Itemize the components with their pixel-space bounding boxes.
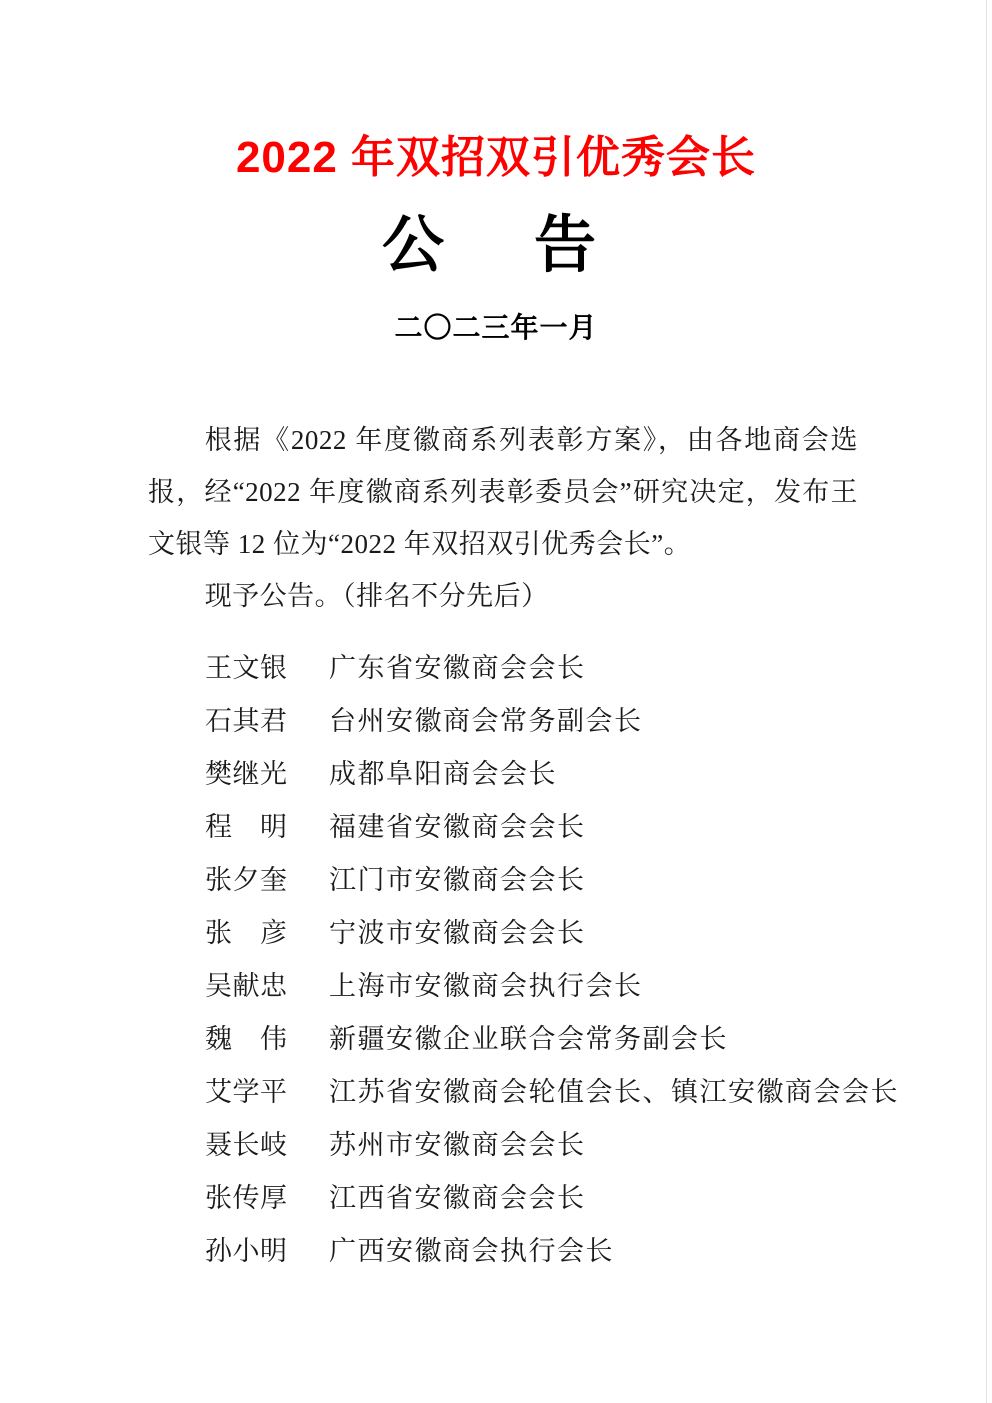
- notice-paragraph: 现予公告。（排名不分先后）: [148, 570, 858, 622]
- intro-paragraph: 根据《2022 年度徽商系列表彰方案》，由各地商会选报，经“2022 年度徽商系…: [148, 414, 858, 570]
- awardee-title: 上海市安徽商会执行会长: [329, 960, 643, 1013]
- awardee-list: 王文银广东省安徽商会会长 石其君台州安徽商会常务副会长 樊继光成都阜阳商会会长 …: [205, 642, 858, 1278]
- awardee-row: 石其君台州安徽商会常务副会长: [205, 695, 858, 748]
- awardee-name: 孙小明: [205, 1225, 287, 1278]
- awardee-row: 程 明福建省安徽商会会长: [205, 801, 858, 854]
- awardee-row: 张夕奎江门市安徽商会会长: [205, 854, 858, 907]
- awardee-title: 广东省安徽商会会长: [329, 642, 586, 695]
- awardee-name: 张传厚: [205, 1172, 287, 1225]
- awardee-name: 艾学平: [205, 1066, 287, 1119]
- awardee-row: 聂长岐苏州市安徽商会会长: [205, 1119, 858, 1172]
- awardee-row: 王文银广东省安徽商会会长: [205, 642, 858, 695]
- awardee-row: 樊继光成都阜阳商会会长: [205, 748, 858, 801]
- awardee-name: 程 明: [205, 801, 287, 854]
- document-main-title: 2022 年双招双引优秀会长: [0, 128, 992, 188]
- awardee-title: 江西省安徽商会会长: [329, 1172, 586, 1225]
- awardee-row: 张传厚江西省安徽商会会长: [205, 1172, 858, 1225]
- document-date: 二〇二三年一月: [0, 308, 992, 348]
- awardee-name: 王文银: [205, 642, 287, 695]
- awardee-title: 新疆安徽企业联合会常务副会长: [329, 1013, 728, 1066]
- awardee-title: 福建省安徽商会会长: [329, 801, 586, 854]
- awardee-name: 聂长岐: [205, 1119, 287, 1172]
- awardee-title: 广西安徽商会执行会长: [329, 1225, 614, 1278]
- awardee-name: 张夕奎: [205, 854, 287, 907]
- awardee-row: 艾学平江苏省安徽商会轮值会长、镇江安徽商会会长: [205, 1066, 858, 1119]
- awardee-title: 江门市安徽商会会长: [329, 854, 586, 907]
- awardee-title: 台州安徽商会常务副会长: [329, 695, 643, 748]
- awardee-name: 石其君: [205, 695, 287, 748]
- awardee-row: 张 彦宁波市安徽商会会长: [205, 907, 858, 960]
- announcement-heading: 公 告: [0, 202, 992, 290]
- awardee-title: 江苏省安徽商会轮值会长、镇江安徽商会会长: [329, 1066, 899, 1119]
- awardee-name: 樊继光: [205, 748, 287, 801]
- awardee-name: 魏 伟: [205, 1013, 287, 1066]
- document-body: 根据《2022 年度徽商系列表彰方案》，由各地商会选报，经“2022 年度徽商系…: [148, 414, 858, 1278]
- awardee-title: 成都阜阳商会会长: [329, 748, 557, 801]
- awardee-row: 吴献忠上海市安徽商会执行会长: [205, 960, 858, 1013]
- awardee-row: 魏 伟新疆安徽企业联合会常务副会长: [205, 1013, 858, 1066]
- awardee-title: 苏州市安徽商会会长: [329, 1119, 586, 1172]
- awardee-row: 孙小明广西安徽商会执行会长: [205, 1225, 858, 1278]
- page-edge-divider: [986, 0, 987, 1403]
- awardee-title: 宁波市安徽商会会长: [329, 907, 586, 960]
- awardee-name: 吴献忠: [205, 960, 287, 1013]
- document-page: 2022 年双招双引优秀会长 公 告 二〇二三年一月 根据《2022 年度徽商系…: [0, 0, 992, 1403]
- awardee-name: 张 彦: [205, 907, 287, 960]
